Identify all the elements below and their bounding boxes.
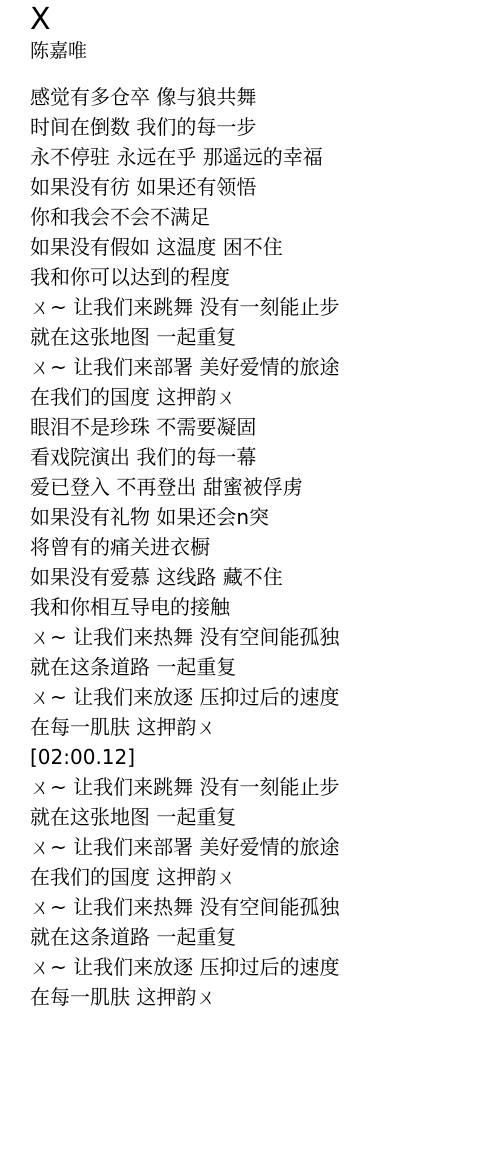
song-title: X xyxy=(30,2,480,38)
lyric-line: 时间在倒数 我们的每一步 xyxy=(30,112,480,142)
lyric-line: 爱已登入 不再登出 甜蜜被俘虏 xyxy=(30,472,480,502)
lyric-line: ㄨ~ 让我们来部署 美好爱情的旅途 xyxy=(30,352,480,382)
lyrics-page: X 陈嘉唯 感觉有多仓卒 像与狼共舞时间在倒数 我们的每一步永不停驻 永远在乎 … xyxy=(0,0,500,1012)
lyric-line: 如果没有礼物 如果还会n突 xyxy=(30,502,480,532)
lyric-line: 在每一肌肤 这押韵ㄨ xyxy=(30,712,480,742)
lyric-line: 就在这条道路 一起重复 xyxy=(30,652,480,682)
lyric-line: 就在这张地图 一起重复 xyxy=(30,802,480,832)
lyric-line: 永不停驻 永远在乎 那遥远的幸福 xyxy=(30,142,480,172)
lyric-line: 就在这条道路 一起重复 xyxy=(30,922,480,952)
lyric-line: ㄨ~ 让我们来热舞 没有空间能孤独 xyxy=(30,892,480,922)
lyric-line: ㄨ~ 让我们来放逐 压抑过后的速度 xyxy=(30,682,480,712)
lyric-line: 如果没有爱慕 这线路 藏不住 xyxy=(30,562,480,592)
lyric-line: 就在这张地图 一起重复 xyxy=(30,322,480,352)
lyric-line: 如果没有彷 如果还有领悟 xyxy=(30,172,480,202)
lyric-line: 在我们的国度 这押韵ㄨ xyxy=(30,382,480,412)
lyric-line: 感觉有多仓卒 像与狼共舞 xyxy=(30,82,480,112)
lyric-line: 在每一肌肤 这押韵ㄨ xyxy=(30,982,480,1012)
lyric-line: ㄨ~ 让我们来放逐 压抑过后的速度 xyxy=(30,952,480,982)
lyrics-container: 感觉有多仓卒 像与狼共舞时间在倒数 我们的每一步永不停驻 永远在乎 那遥远的幸福… xyxy=(30,82,480,1012)
lyric-line: 你和我会不会不满足 xyxy=(30,202,480,232)
lyric-line: 我和你可以达到的程度 xyxy=(30,262,480,292)
lyric-line: 将曾有的痛关进衣橱 xyxy=(30,532,480,562)
lyric-line: 我和你相互导电的接触 xyxy=(30,592,480,622)
timestamp-line: [02:00.12] xyxy=(30,742,480,772)
artist-name: 陈嘉唯 xyxy=(30,38,480,64)
lyric-line: 眼泪不是珍珠 不需要凝固 xyxy=(30,412,480,442)
lyric-line: ㄨ~ 让我们来热舞 没有空间能孤独 xyxy=(30,622,480,652)
lyric-line: 在我们的国度 这押韵ㄨ xyxy=(30,862,480,892)
lyric-line: 如果没有假如 这温度 困不住 xyxy=(30,232,480,262)
lyric-line: ㄨ~ 让我们来部署 美好爱情的旅途 xyxy=(30,832,480,862)
lyric-line: 看戏院演出 我们的每一幕 xyxy=(30,442,480,472)
lyric-line: ㄨ~ 让我们来跳舞 没有一刻能止步 xyxy=(30,292,480,322)
lyric-line: ㄨ~ 让我们来跳舞 没有一刻能止步 xyxy=(30,772,480,802)
